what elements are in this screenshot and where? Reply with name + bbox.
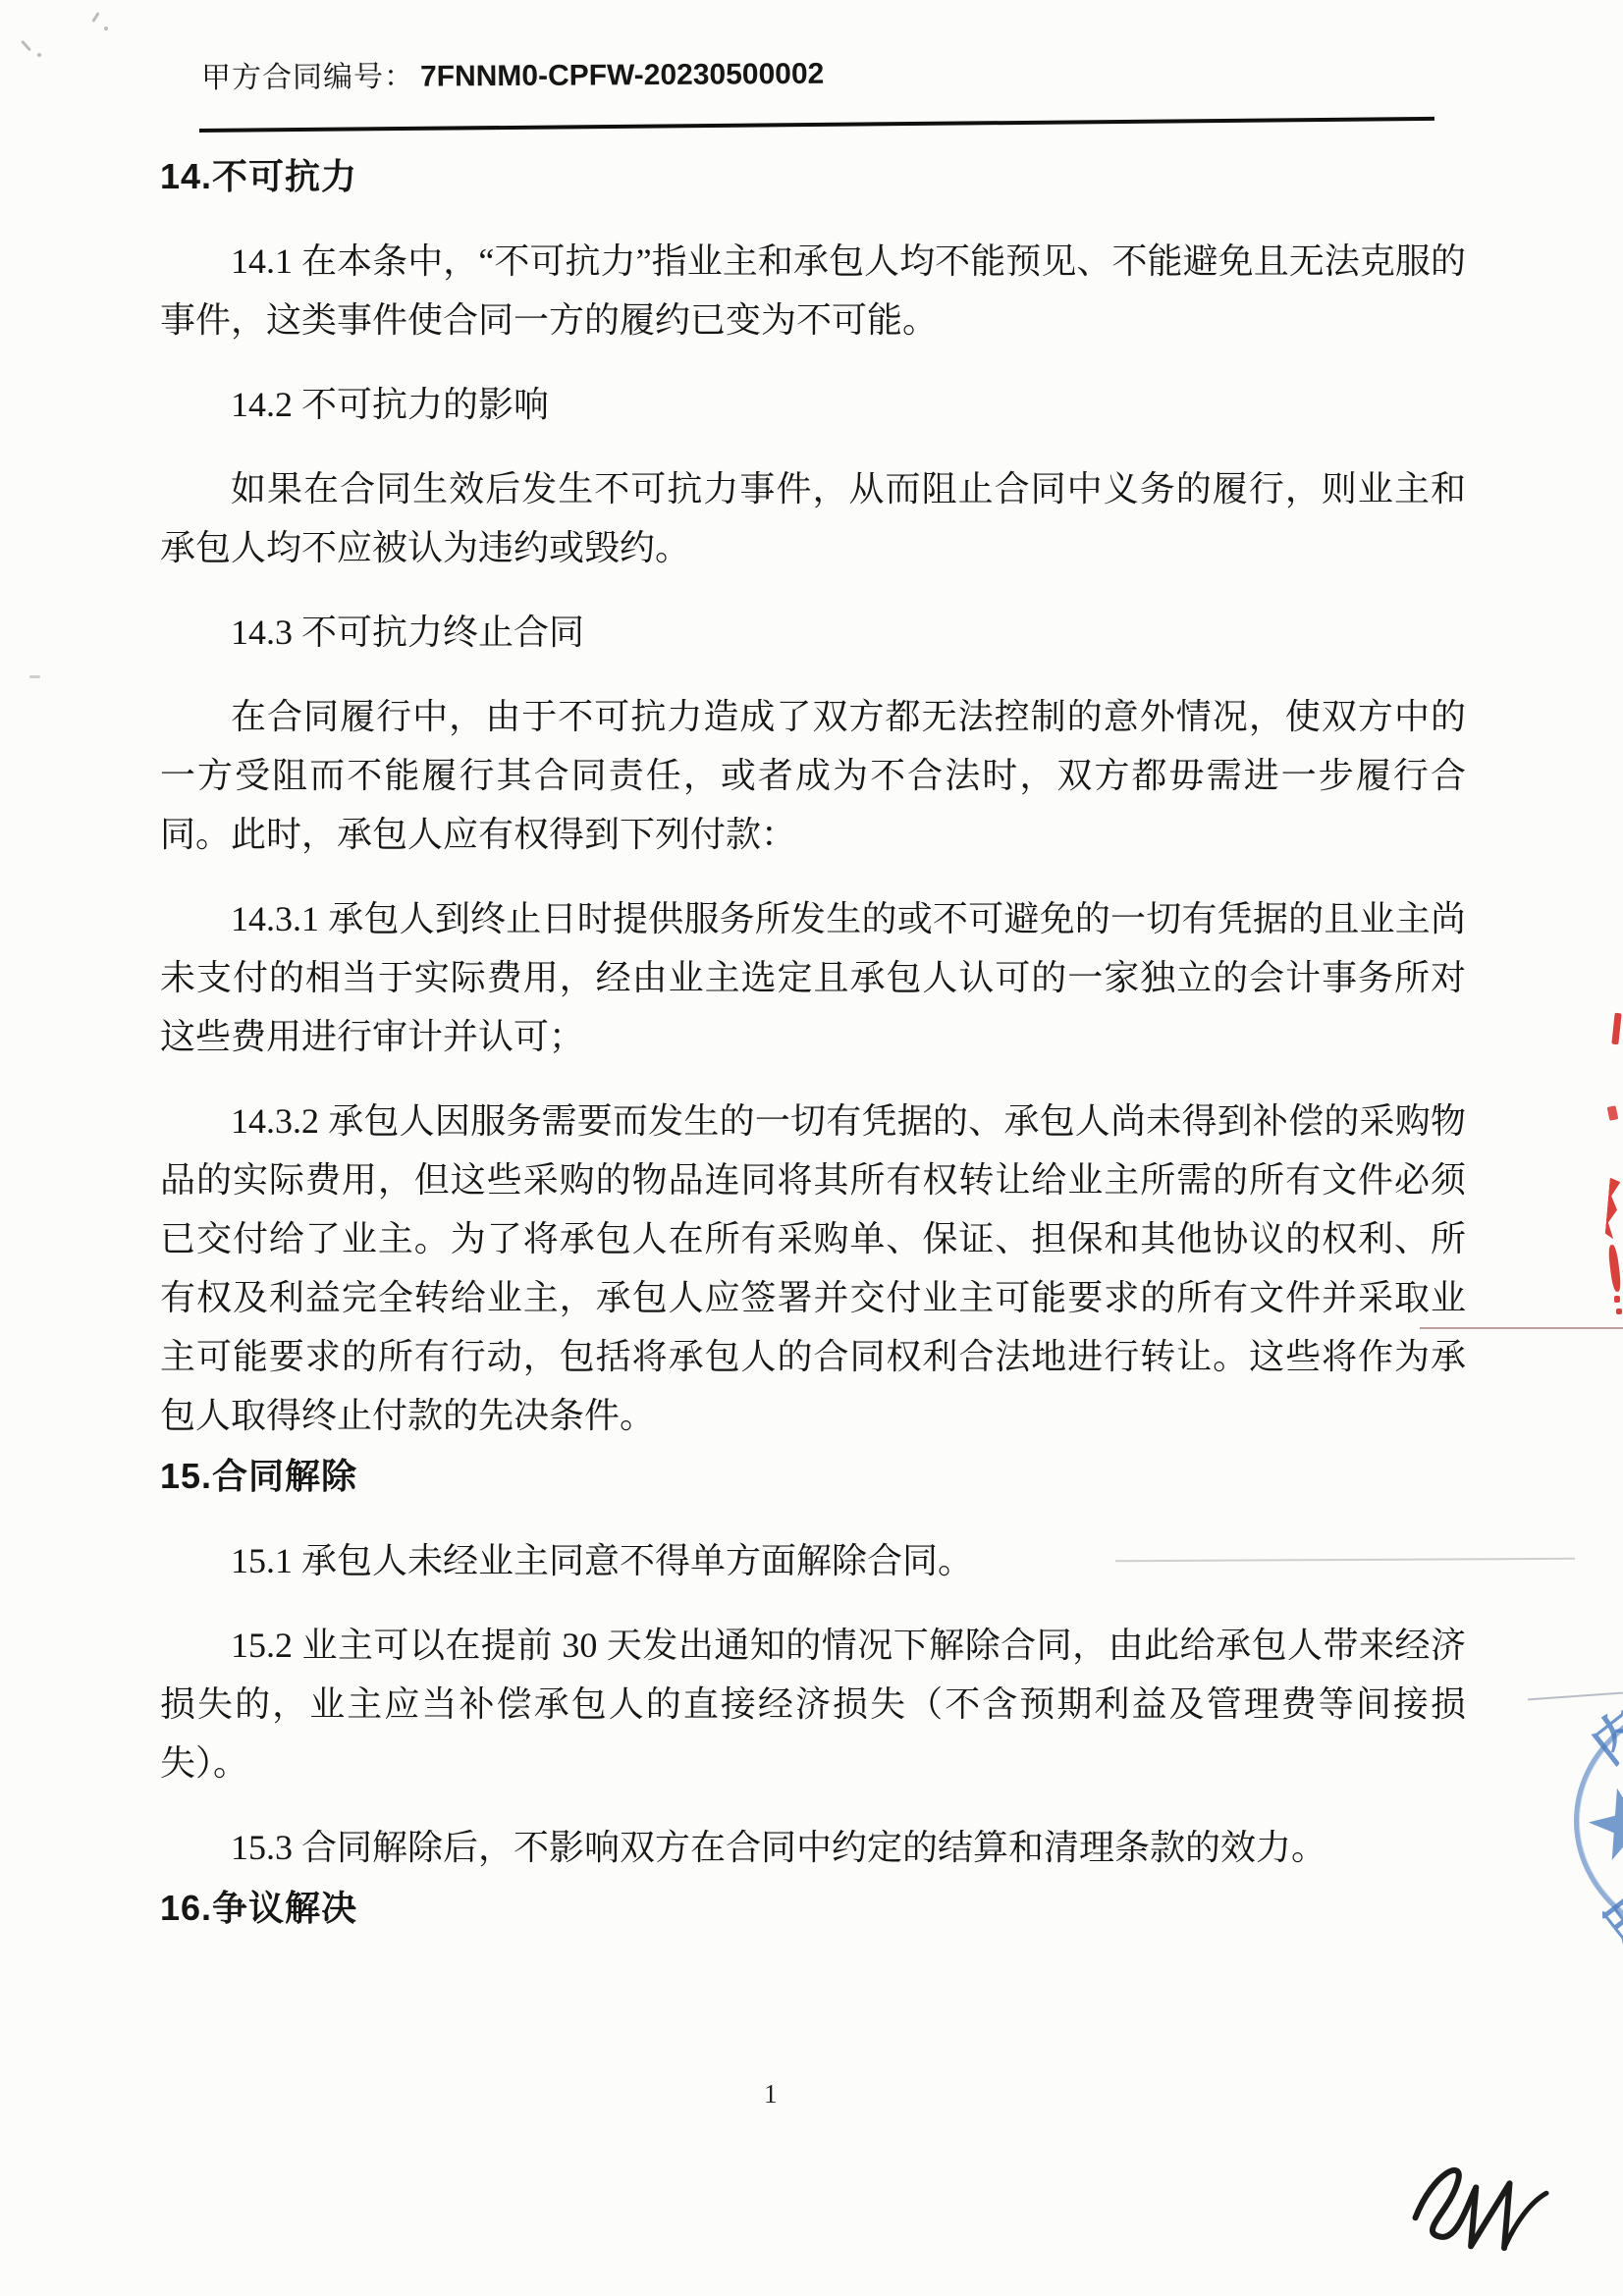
contract-paragraph: 14.3.2 承包人因服务需要而发生的一切有凭据的、承包人尚未得到补偿的采购物品… [160,1092,1466,1445]
scan-speck [29,675,40,678]
scan-speck [104,27,108,30]
scan-speck [91,12,99,23]
contract-paragraph: 15.2 业主可以在提前 30 天发出通知的情况下解除合同，由此给承包人带来经济… [160,1616,1466,1792]
handwritten-signature [1399,2141,1573,2282]
contract-paragraph: 14.3 不可抗力终止合同 [160,603,1466,662]
contract-paragraph: 14.3.1 承包人到终止日时提供服务所发生的或不可避免的一切有凭据的且业主尚未… [160,889,1466,1066]
contract-number-header: 甲方合同编号： 7FNNM0-CPFW-20230500002 [201,49,825,96]
header-divider-line [199,117,1434,133]
section-heading: 16.争议解决 [160,1879,1466,1938]
red-pen-mark [1614,1296,1620,1303]
contract-paragraph: 15.1 承包人未经业主同意不得单方面解除合同。 [160,1531,1466,1590]
contract-body: 14.不可抗力14.1 在本条中，“不可抗力”指业主和承包人均不能预见、不能避免… [160,147,1466,1938]
page-number: 1 [764,2079,778,2109]
red-pen-mark [1616,1308,1622,1314]
red-pen-mark [1604,1178,1620,1240]
blue-seal-partial: 内 ★ 用 [1546,1669,1623,1963]
contract-number-value: 7FNNM0-CPFW-20230500002 [420,58,824,94]
scanned-contract-page: 甲方合同编号： 7FNNM0-CPFW-20230500002 14.不可抗力1… [0,0,1623,2296]
red-pen-mark [1611,1013,1621,1045]
contract-paragraph: 在合同履行中，由于不可抗力造成了双方都无法控制的意外情况，使双方中的一方受阻而不… [160,687,1466,864]
scan-speck [21,40,31,52]
contract-number-label: 甲方合同编号： [201,52,414,97]
contract-paragraph: 如果在合同生效后发生不可抗力事件，从而阻止合同中义务的履行，则业主和承包人均不应… [160,459,1466,577]
section-heading: 14.不可抗力 [160,147,1466,206]
contract-paragraph: 14.2 不可抗力的影响 [160,375,1466,434]
red-pen-mark [1607,1105,1619,1121]
section-heading: 15.合同解除 [160,1447,1466,1506]
red-pen-mark [1607,1245,1622,1293]
scan-speck [37,53,41,57]
contract-paragraph: 14.1 在本条中，“不可抗力”指业主和承包人均不能预见、不能避免且无法克服的事… [160,232,1466,349]
contract-paragraph: 15.3 合同解除后，不影响双方在合同中约定的结算和清理条款的效力。 [160,1818,1466,1877]
